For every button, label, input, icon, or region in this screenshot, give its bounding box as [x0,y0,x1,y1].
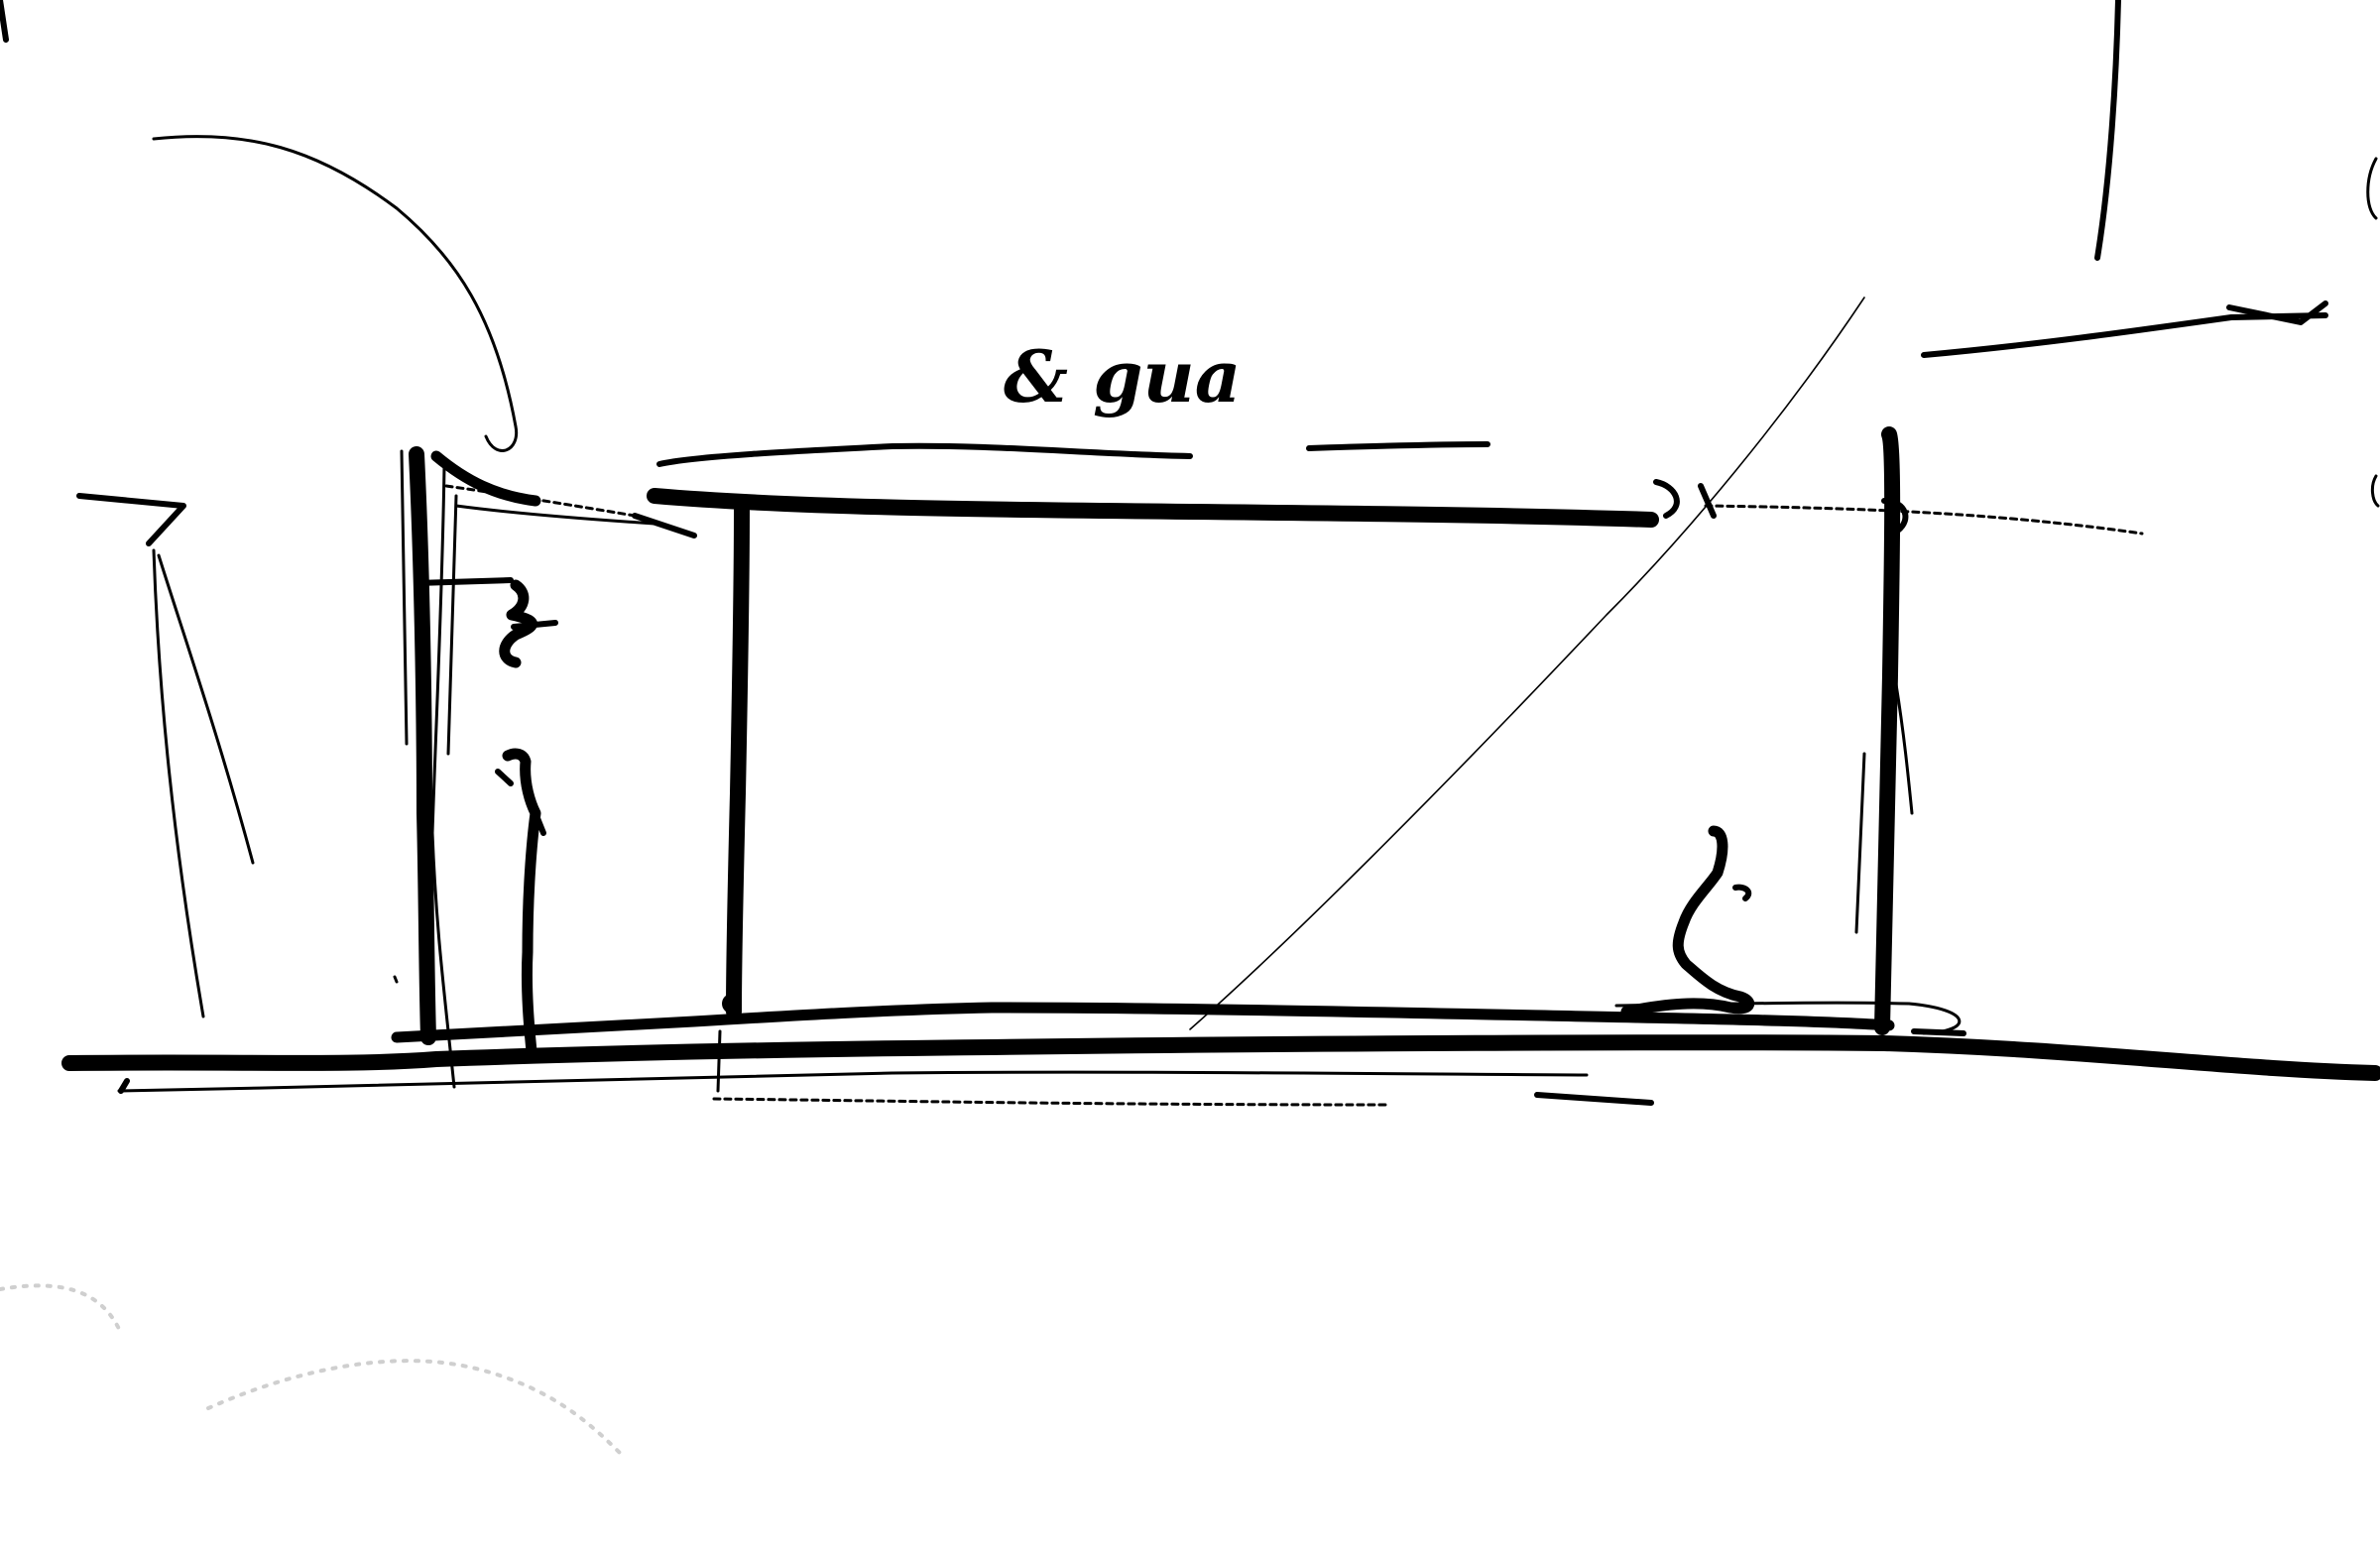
sign-scribble [505,585,555,662]
architectural-sketch: & gua [0,0,2380,1555]
span-label: & gua [1004,334,1241,419]
middle-column [718,511,742,1091]
paper-smudges [0,1285,625,1458]
seated-figure [1626,831,1749,1012]
span-dimension-line [659,444,1487,464]
ground-line [69,1042,2375,1105]
left-column [395,451,535,1087]
vertical-mark [2097,0,2118,258]
sight-line [1190,298,1864,1029]
standing-figure [498,754,543,1051]
ink-layer [0,0,2378,1458]
edge-marks [0,0,2378,506]
top-arrow [154,137,517,451]
right-column [1856,434,1912,1027]
left-arrow [79,496,253,1017]
right-arrow [1924,303,2325,355]
